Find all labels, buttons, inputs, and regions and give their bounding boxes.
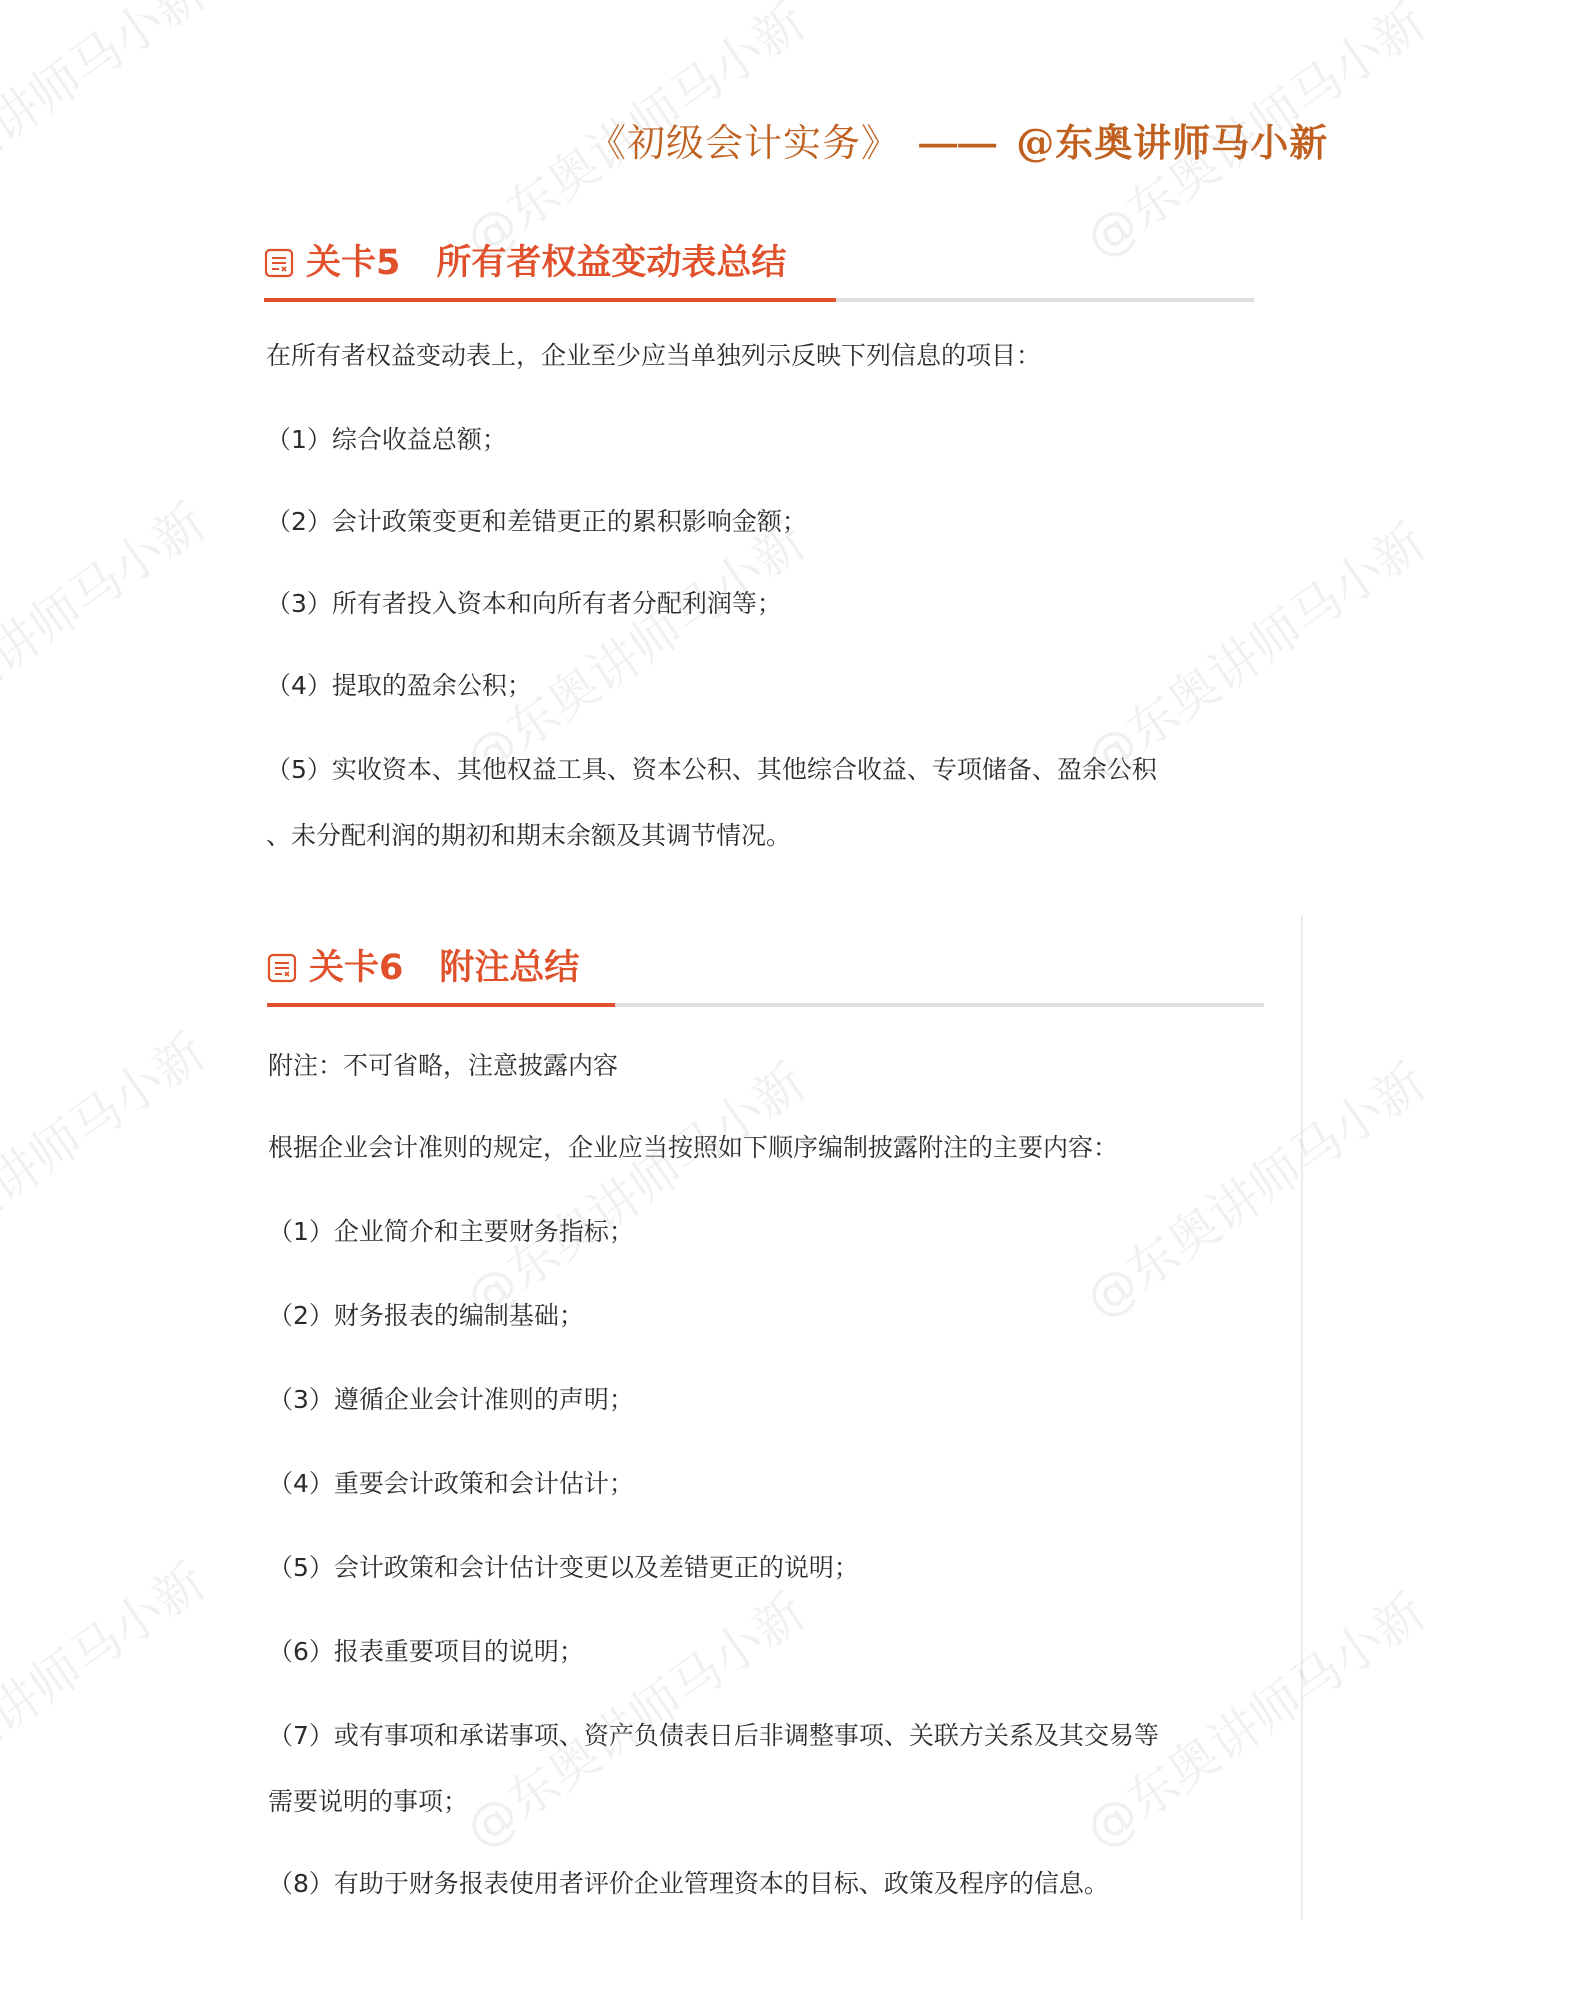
watermark: @东奥讲师马小新 bbox=[1069, 504, 1438, 792]
list-item: （1）企业简介和主要财务指标； bbox=[268, 1212, 634, 1248]
note-paragraph: 附注：不可省略，注意披露内容 bbox=[268, 1046, 618, 1082]
intro-paragraph: 根据企业会计准则的规定，企业应当按照如下顺序编制披露附注的主要内容： bbox=[268, 1128, 1118, 1164]
author-handle: @东奥讲师马小新 bbox=[1016, 120, 1328, 165]
section-heading: 关卡5所有者权益变动表总结 bbox=[264, 232, 1264, 288]
section-level-6: 关卡6附注总结 bbox=[267, 937, 1267, 1007]
book-title: 《初级会计实务》 bbox=[588, 121, 900, 165]
list-item: （6）报表重要项目的说明； bbox=[268, 1632, 584, 1668]
list-item: （5）会计政策和会计估计变更以及差错更正的说明； bbox=[268, 1548, 859, 1584]
list-item: （5）实收资本、其他权益工具、资本公积、其他综合收益、专项储备、盈余公积 bbox=[266, 750, 1157, 786]
section-heading: 关卡6附注总结 bbox=[267, 937, 1267, 993]
section-divider bbox=[267, 1003, 1264, 1007]
list-item: （3）遵循企业会计准则的声明； bbox=[268, 1380, 634, 1416]
header-dash: —— bbox=[919, 123, 997, 165]
section-divider-accent bbox=[264, 298, 836, 302]
watermark: @东奥讲师马小新 bbox=[0, 1544, 218, 1832]
list-item: （8）有助于财务报表使用者评价企业管理资本的目标、政策及程序的信息。 bbox=[268, 1864, 1109, 1900]
list-item: （4）重要会计政策和会计估计； bbox=[268, 1464, 634, 1500]
section-title-text: 所有者权益变动表总结 bbox=[436, 243, 786, 283]
intro-paragraph: 在所有者权益变动表上，企业至少应当单独列示反映下列信息的项目： bbox=[266, 336, 1041, 372]
watermark: @东奥讲师马小新 bbox=[1069, 1044, 1438, 1332]
list-item: （2）财务报表的编制基础； bbox=[268, 1296, 584, 1332]
section-divider bbox=[264, 298, 1254, 302]
section-title-text: 附注总结 bbox=[439, 948, 579, 988]
level-label: 关卡5 bbox=[306, 243, 400, 283]
list-item: （7）或有事项和承诺事项、资产负债表日后非调整事项、关联方关系及其交易等 bbox=[268, 1716, 1159, 1752]
level-label: 关卡6 bbox=[309, 948, 403, 988]
list-item: （1）综合收益总额； bbox=[266, 420, 507, 456]
list-item: （2）会计政策变更和差错更正的累积影响金额； bbox=[266, 502, 807, 538]
checklist-icon bbox=[267, 953, 297, 983]
watermark: @东奥讲师马小新 bbox=[0, 0, 218, 242]
list-item-continuation: 需要说明的事项； bbox=[268, 1782, 468, 1818]
list-item-continuation: 、未分配利润的期初和期末余额及其调节情况。 bbox=[266, 816, 791, 852]
watermark: @东奥讲师马小新 bbox=[449, 504, 818, 792]
watermark: @东奥讲师马小新 bbox=[0, 1014, 218, 1302]
list-item: （4）提取的盈余公积； bbox=[266, 666, 532, 702]
page-header: 《初级会计实务》 —— @东奥讲师马小新 bbox=[588, 112, 1328, 167]
section-title: 关卡6附注总结 bbox=[309, 940, 579, 990]
vertical-divider bbox=[1301, 915, 1303, 1920]
checklist-icon bbox=[264, 248, 294, 278]
watermark: @东奥讲师马小新 bbox=[449, 1044, 818, 1332]
list-item: （3）所有者投入资本和向所有者分配利润等； bbox=[266, 584, 782, 620]
section-title: 关卡5所有者权益变动表总结 bbox=[306, 235, 786, 285]
section-divider-accent bbox=[267, 1003, 615, 1007]
watermark: @东奥讲师马小新 bbox=[0, 484, 218, 772]
section-level-5: 关卡5所有者权益变动表总结 bbox=[264, 232, 1264, 302]
